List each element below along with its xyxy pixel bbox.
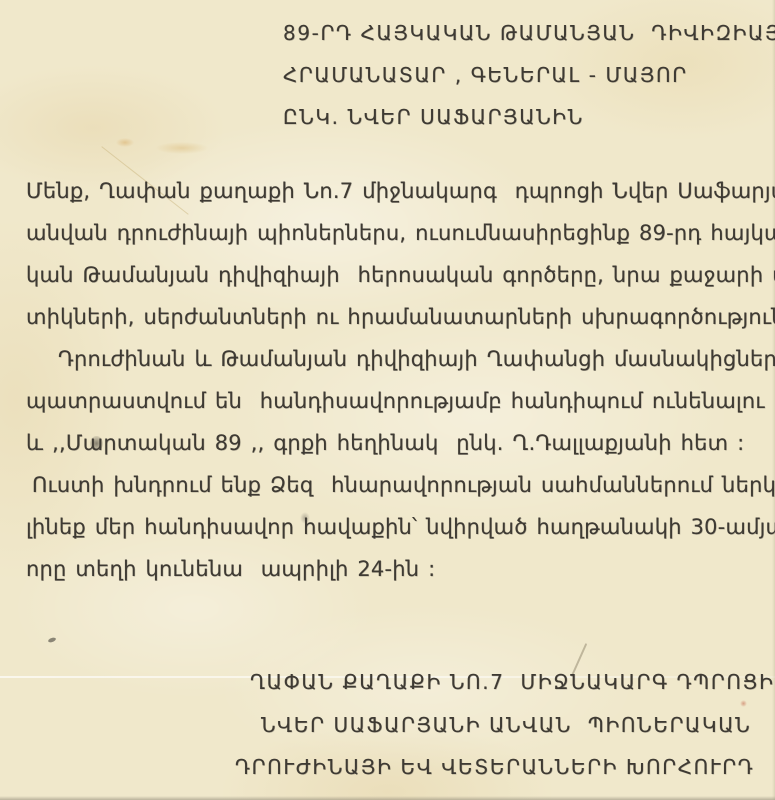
body-line-4: տիկների, սերժանտների ու հրամանատարների ս… (26, 296, 775, 338)
recipient-block: 89-ՐԴ ՀԱՅԿԱԿԱՆ ԹԱՄԱՆՅԱՆ ԴԻՎԻԶԻԱՅԻ ՀՐԱՄԱՆ… (283, 12, 775, 138)
signature-line-2: ՆՎԵՐ ՍԱՖԱՐՅԱՆԻ ԱՆՎԱՆ ՊԻՈՆԵՐԱԿԱՆ (261, 713, 751, 737)
body-line-9: լինեք մեր հանդիսավոր հավաքին՝ նվիրված հա… (26, 506, 775, 548)
recipient-line-1: 89-ՐԴ ՀԱՅԿԱԿԱՆ ԹԱՄԱՆՅԱՆ ԴԻՎԻԶԻԱՅԻ (283, 12, 775, 54)
scanned-letter-page: 89-ՐԴ ՀԱՅԿԱԿԱՆ ԹԱՄԱՆՅԱՆ ԴԻՎԻԶԻԱՅԻ ՀՐԱՄԱՆ… (0, 0, 775, 800)
body-line-3: կան Թամանյան դիվիզիայի հերոսական գործերը… (26, 254, 775, 296)
signature-line-3: ԴՐՈՒԺԻՆԱՅԻ ԵՎ ՎԵՏԵՐԱՆՆԵՐԻ ԽՈՐՀՈՒՐԴ (235, 755, 754, 779)
recipient-line-3: ԸՆԿ. ՆՎԵՐ ՍԱՖԱՐՅԱՆԻՆ (283, 96, 775, 138)
body-line-8: Ուստի խնդրում ենք Ձեզ հնարավորության սահ… (26, 464, 775, 506)
paper-stain (116, 138, 134, 147)
body-line-5: Դրուժինան և Թամանյան դիվիզիայի Ղափանցի մ… (26, 338, 775, 380)
body-line-1: Մենք, Ղափան քաղաքի Նո.7 միջնակարգ դպրոցի… (26, 170, 775, 212)
paper-stain (740, 700, 747, 707)
signature-line-1: ՂԱՓԱՆ ՔԱՂԱՔԻ ՆՈ.7 ՄԻՋՆԱԿԱՐԳ ԴՊՐՈՑԻ (250, 670, 775, 694)
letter-body: Մենք, Ղափան քաղաքի Նո.7 միջնակարգ դպրոցի… (26, 170, 775, 590)
recipient-line-2: ՀՐԱՄԱՆԱՏԱՐ , ԳԵՆԵՐԱԼ - ՄԱՅՈՐ (283, 54, 775, 96)
paper-speck (48, 637, 57, 643)
paper-stain (156, 142, 208, 154)
body-line-2: անվան դրուժինայի պիոներներս, ուսումնասիր… (26, 212, 775, 254)
body-line-7: և ,,Մարտական 89 ,, գրքի հեղինակ ընկ. Ղ.Դ… (26, 422, 775, 464)
body-line-6: պատրաստվում են հանդիսավորությամբ հանդիպո… (26, 380, 775, 422)
body-line-10: որը տեղի կունենա ապրիլի 24-ին : (26, 548, 775, 590)
scan-edge-bottom (0, 796, 775, 800)
